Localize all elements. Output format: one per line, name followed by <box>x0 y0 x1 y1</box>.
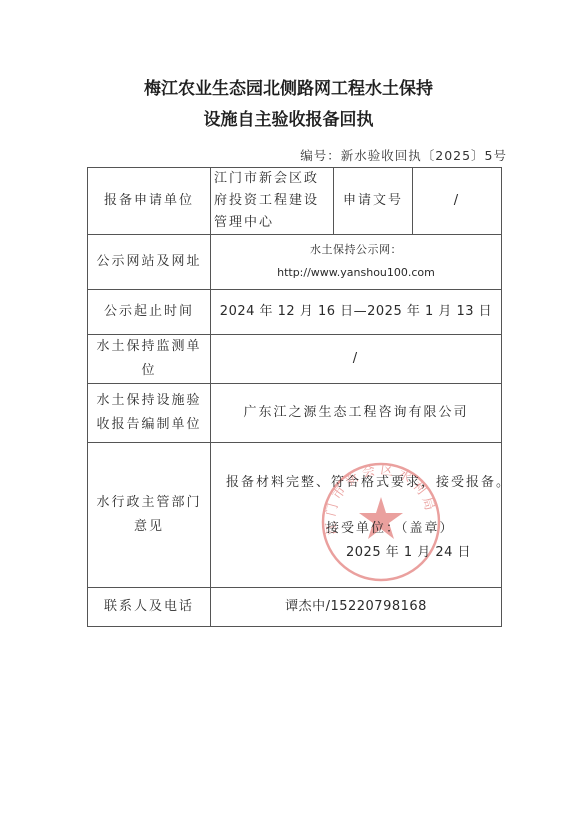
document-title-line1: 梅江农业生态园北侧路网工程水土保持 <box>0 74 577 99</box>
opinion-sign: 接受单位：（盖章） <box>326 517 455 541</box>
table-row-monitor: 水土保持监测单位 / <box>88 335 502 384</box>
period-label: 公示起止时间 <box>88 290 211 335</box>
application-number-label: 申请文号 <box>334 168 413 235</box>
application-number-value: / <box>413 168 502 235</box>
period-value: 2024 年 12 月 16 日—2025 年 1 月 13 日 <box>211 290 502 335</box>
opinion-text: 报备材料完整、符合格式要求，接受报备。 <box>226 471 511 495</box>
table-row-contact: 联系人及电话 谭杰中/15220798168 <box>88 588 502 627</box>
contact-value: 谭杰中/15220798168 <box>211 588 502 627</box>
opinion-date: 2025 年 1 月 24 日 <box>346 541 471 565</box>
document-title-line2: 设施自主验收报备回执 <box>0 105 577 130</box>
contact-label: 联系人及电话 <box>88 588 211 627</box>
monitor-value: / <box>211 335 502 384</box>
filing-receipt-table: 报备申请单位 江门市新会区政府投资工程建设管理中心 申请文号 / 公示网站及网址… <box>87 167 502 627</box>
report-value: 广东江之源生态工程咨询有限公司 <box>211 384 502 443</box>
report-label: 水土保持设施验收报告编制单位 <box>88 384 211 443</box>
table-row-applicant: 报备申请单位 江门市新会区政府投资工程建设管理中心 申请文号 / <box>88 168 502 235</box>
website-label: 公示网站及网址 <box>88 235 211 290</box>
monitor-label: 水土保持监测单位 <box>88 335 211 384</box>
website-name: 水土保持公示网： <box>214 239 498 261</box>
opinion-label: 水行政主管部门意见 <box>88 443 211 588</box>
website-url[interactable]: http://www.yanshou100.com <box>214 261 498 285</box>
document-number: 编号：新水验收回执〔2025〕5号 <box>300 146 507 164</box>
opinion-cell: 江门市新会区水利局 报备材料完整、符合格式要求，接受报备。 接受单位：（盖章） … <box>211 443 502 588</box>
table-row-opinion: 水行政主管部门意见 江门市新会区水利局 报备材料完整、符合格式要求，接受报备。 … <box>88 443 502 588</box>
table-row-period: 公示起止时间 2024 年 12 月 16 日—2025 年 1 月 13 日 <box>88 290 502 335</box>
table-row-website: 公示网站及网址 水土保持公示网： http://www.yanshou100.c… <box>88 235 502 290</box>
website-cell: 水土保持公示网： http://www.yanshou100.com <box>211 235 502 290</box>
applicant-value: 江门市新会区政府投资工程建设管理中心 <box>211 168 334 235</box>
table-row-report: 水土保持设施验收报告编制单位 广东江之源生态工程咨询有限公司 <box>88 384 502 443</box>
applicant-label: 报备申请单位 <box>88 168 211 235</box>
